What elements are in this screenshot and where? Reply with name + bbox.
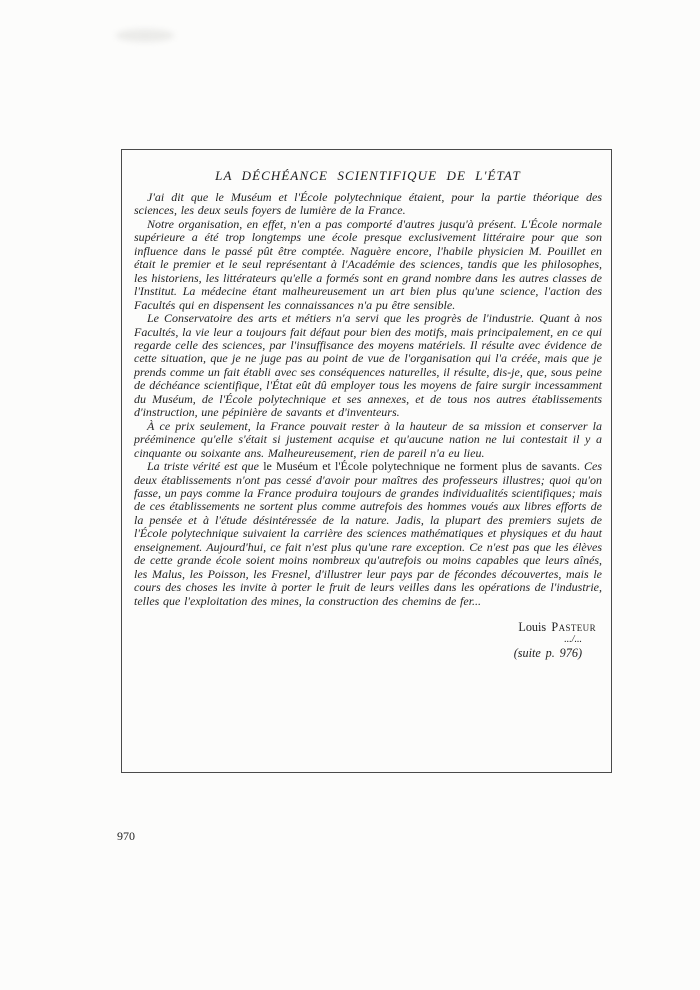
scanned-page: { "colors": { "paper": "#fcfcfb", "ink":… xyxy=(0,0,700,990)
signature-name: Louis Pasteur xyxy=(134,620,596,634)
page-number: 970 xyxy=(117,830,135,842)
article-content: LA DÉCHÉANCE SCIENTIFIQUE DE L'ÉTAT J'ai… xyxy=(122,150,611,660)
article-frame: LA DÉCHÉANCE SCIENTIFIQUE DE L'ÉTAT J'ai… xyxy=(121,149,612,773)
paragraph-5: La triste vérité est que le Muséum et l'… xyxy=(134,460,602,608)
continuation-note: (suite p. 976) xyxy=(134,646,582,660)
signature-last-name: Pasteur xyxy=(551,620,596,634)
paragraph-1: J'ai dit que le Muséum et l'École polyte… xyxy=(134,191,602,218)
paragraph-2: Notre organisation, en effet, n'en a pas… xyxy=(134,218,602,312)
continuation-mark: .../... xyxy=(134,634,582,646)
signature-block: Louis Pasteur .../... (suite p. 976) xyxy=(134,620,602,660)
paragraph-5-roman-segment: le Muséum et l'École polytechnique ne fo… xyxy=(263,459,584,473)
article-title: LA DÉCHÉANCE SCIENTIFIQUE DE L'ÉTAT xyxy=(134,168,602,184)
paragraph-3: Le Conservatoire des arts et métiers n'a… xyxy=(134,312,602,420)
signature-first-name: Louis xyxy=(518,620,551,634)
paragraph-5-italic-lead: La triste vérité est que xyxy=(147,459,263,473)
paragraph-4: À ce prix seulement, la France pouvait r… xyxy=(134,420,602,460)
paragraph-5-italic-rest: Ces deux établissements n'ont pas cessé … xyxy=(134,459,602,608)
scan-smudge-artifact xyxy=(116,29,174,42)
